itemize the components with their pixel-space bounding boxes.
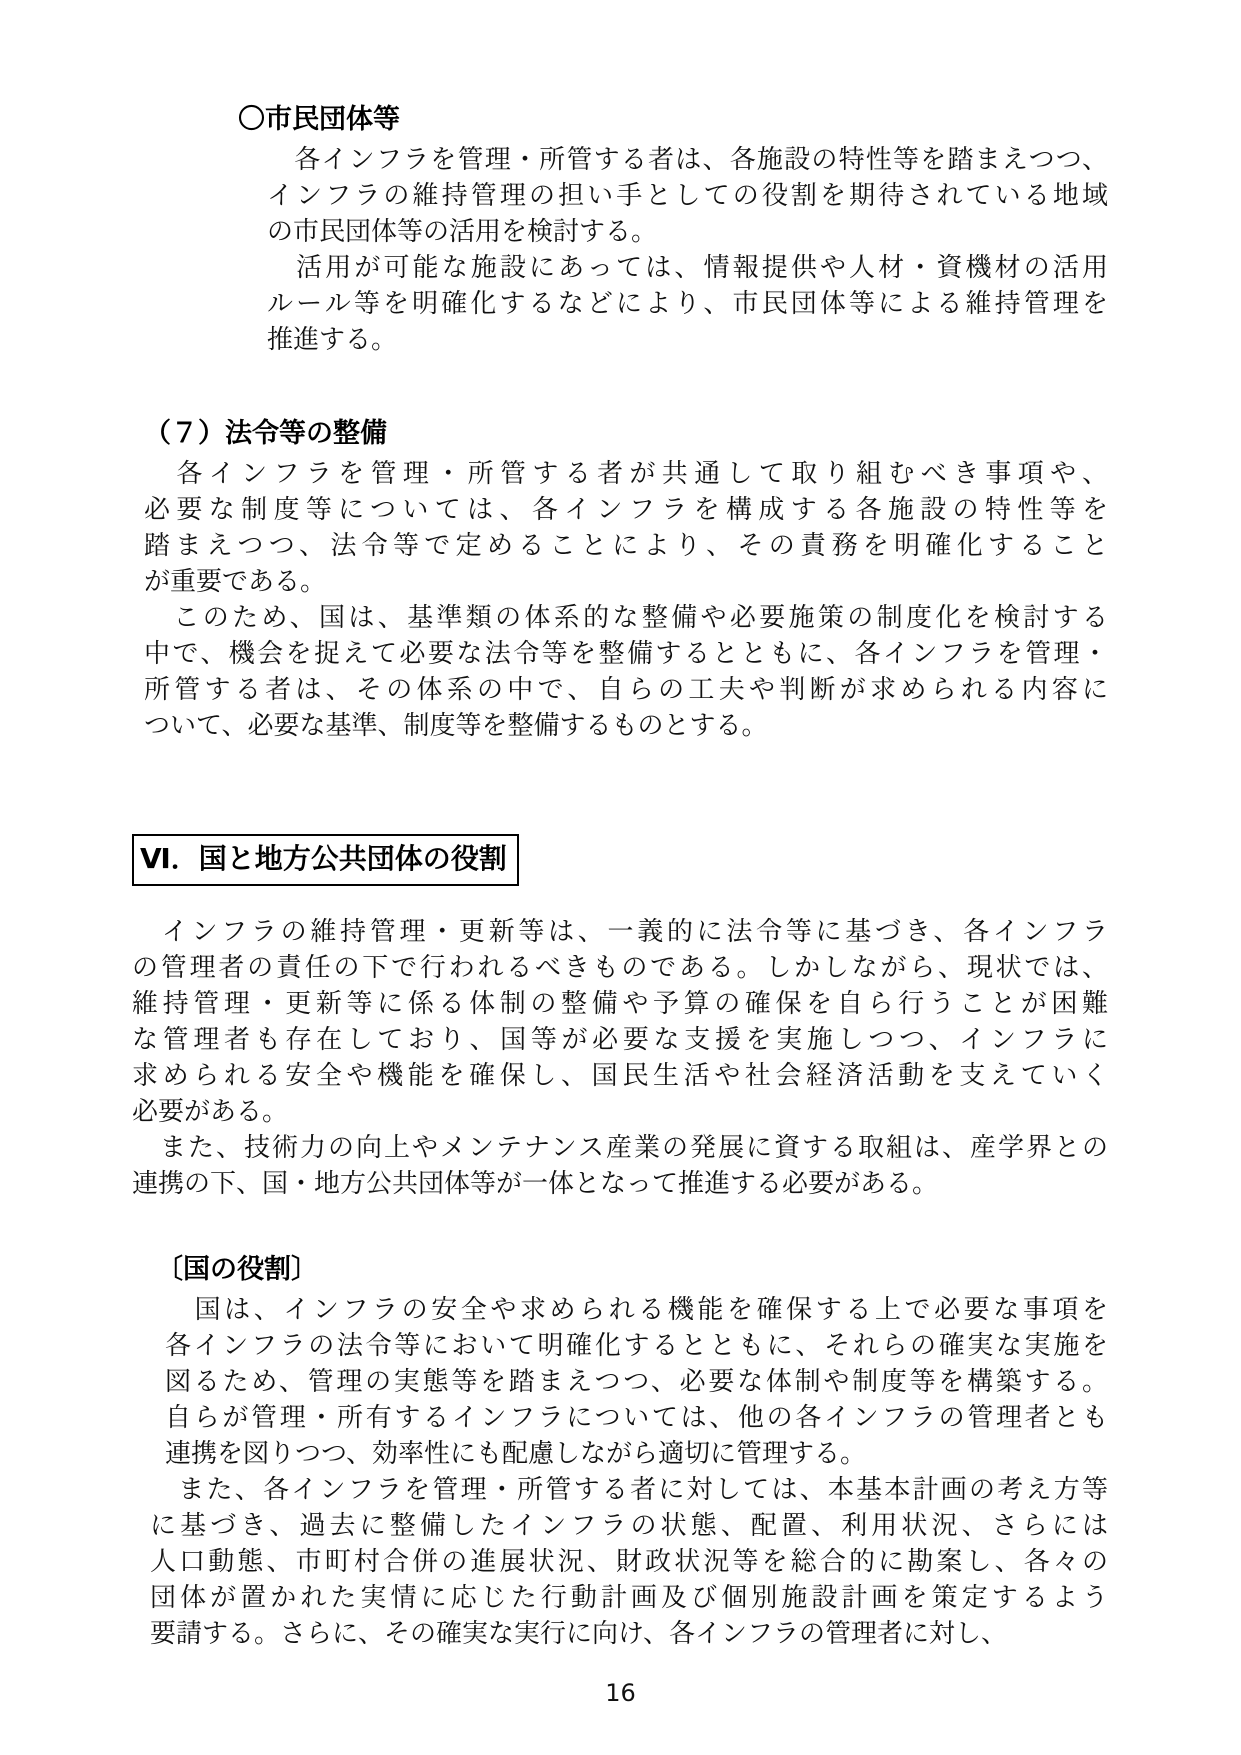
section-national-local-roles: Ⅵ．国と地方公共団体の役割 インフラの維持管理・更新等は、一義的に法令等に基づき…: [132, 834, 1108, 1202]
text-line: また、技術力の向上やメンテナンス産業の発展に資する取組は、産学界との: [132, 1130, 1108, 1166]
section-national-role: 〔国の役割〕 国は、インフラの安全や求められる機能を確保する上で必要な事項を各イ…: [132, 1250, 1108, 1652]
text-line: また、各インフラを管理・所管する者に対しては、本基本計画の考え方等: [150, 1472, 1108, 1508]
text-line: 連携の下、国・地方公共団体等が一体となって推進する必要がある。: [132, 1166, 1108, 1202]
text-line: な管理者も存在しており、国等が必要な支援を実施しつつ、インフラに: [132, 1022, 1108, 1058]
text-line: 推進する。: [267, 322, 1108, 358]
text-line: このため、国は、基準類の体系的な整備や必要施策の制度化を検討する: [144, 600, 1108, 636]
section-citizen-groups: 〇市民団体等 各インフラを管理・所管する者は、各施設の特性等を踏まえつつ、インフ…: [132, 100, 1108, 358]
paragraph: インフラの維持管理・更新等は、一義的に法令等に基づき、各インフラの管理者の責任の…: [132, 914, 1108, 1130]
paragraph: このため、国は、基準類の体系的な整備や必要施策の制度化を検討する中で、機会を捉え…: [144, 600, 1108, 744]
text-line: 自らが管理・所有するインフラについては、他の各インフラの管理者とも: [165, 1400, 1108, 1436]
page-number: 16: [0, 1679, 1241, 1707]
text-line: 必要がある。: [132, 1094, 1108, 1130]
text-line: ついて、必要な基準、制度等を整備するものとする。: [144, 708, 1108, 744]
text-line: 連携を図りつつ、効率性にも配慮しながら適切に管理する。: [165, 1436, 1108, 1472]
national-role-heading: 〔国の役割〕: [156, 1250, 1108, 1290]
text-line: 各インフラの法令等において明確化するとともに、それらの確実な実施を: [165, 1328, 1108, 1364]
paragraph: また、各インフラを管理・所管する者に対しては、本基本計画の考え方等に基づき、過去…: [150, 1472, 1108, 1652]
text-line: 活用が可能な施設にあっては、情報提供や人材・資機材の活用: [267, 250, 1108, 286]
text-line: ルール等を明確化するなどにより、市民団体等による維持管理を: [267, 286, 1108, 322]
text-line: が重要である。: [144, 564, 1108, 600]
paragraph: 各インフラを管理・所管する者が共通して取り組むべき事項や、必要な制度等については…: [144, 456, 1108, 600]
national-local-roles-heading: Ⅵ．国と地方公共団体の役割: [132, 834, 519, 886]
paragraph: 国は、インフラの安全や求められる機能を確保する上で必要な事項を各インフラの法令等…: [165, 1292, 1108, 1472]
text-line: 要請する。さらに、その確実な実行に向け、各インフラの管理者に対し、: [150, 1616, 1108, 1652]
text-line: 各インフラを管理・所管する者は、各施設の特性等を踏まえつつ、: [267, 142, 1108, 178]
text-line: 図るため、管理の実態等を踏まえつつ、必要な体制や制度等を構築する。: [165, 1364, 1108, 1400]
text-line: 踏まえつつ、法令等で定めることにより、その責務を明確化すること: [144, 528, 1108, 564]
text-line: 中で、機会を捉えて必要な法令等を整備するとともに、各インフラを管理・: [144, 636, 1108, 672]
text-line: インフラの維持管理の担い手としての役割を期待されている地域: [267, 178, 1108, 214]
text-line: 各インフラを管理・所管する者が共通して取り組むべき事項や、: [144, 456, 1108, 492]
text-line: 所管する者は、その体系の中で、自らの工夫や判断が求められる内容に: [144, 672, 1108, 708]
text-line: 人口動態、市町村合併の進展状況、財政状況等を総合的に勘案し、各々の: [150, 1544, 1108, 1580]
paragraph: また、技術力の向上やメンテナンス産業の発展に資する取組は、産学界との連携の下、国…: [132, 1130, 1108, 1202]
text-line: 団体が置かれた実情に応じた行動計画及び個別施設計画を策定するよう: [150, 1580, 1108, 1616]
text-line: の管理者の責任の下で行われるべきものである。しかしながら、現状では、: [132, 950, 1108, 986]
text-line: 必要な制度等については、各インフラを構成する各施設の特性等を: [144, 492, 1108, 528]
citizen-groups-heading: 〇市民団体等: [238, 100, 1108, 140]
text-line: の市民団体等の活用を検討する。: [267, 214, 1108, 250]
document-page: 〇市民団体等 各インフラを管理・所管する者は、各施設の特性等を踏まえつつ、インフ…: [0, 0, 1241, 1755]
law-preparation-heading: （７）法令等の整備: [144, 414, 1108, 454]
text-line: 維持管理・更新等に係る体制の整備や予算の確保を自ら行うことが困難: [132, 986, 1108, 1022]
section-law-preparation: （７）法令等の整備 各インフラを管理・所管する者が共通して取り組むべき事項や、必…: [132, 414, 1108, 744]
paragraph: 活用が可能な施設にあっては、情報提供や人材・資機材の活用ルール等を明確化するなど…: [267, 250, 1108, 358]
paragraph: 各インフラを管理・所管する者は、各施設の特性等を踏まえつつ、インフラの維持管理の…: [267, 142, 1108, 250]
text-line: 国は、インフラの安全や求められる機能を確保する上で必要な事項を: [165, 1292, 1108, 1328]
text-line: 求められる安全や機能を確保し、国民生活や社会経済活動を支えていく: [132, 1058, 1108, 1094]
text-line: に基づき、過去に整備したインフラの状態、配置、利用状況、さらには: [150, 1508, 1108, 1544]
text-line: インフラの維持管理・更新等は、一義的に法令等に基づき、各インフラ: [132, 914, 1108, 950]
